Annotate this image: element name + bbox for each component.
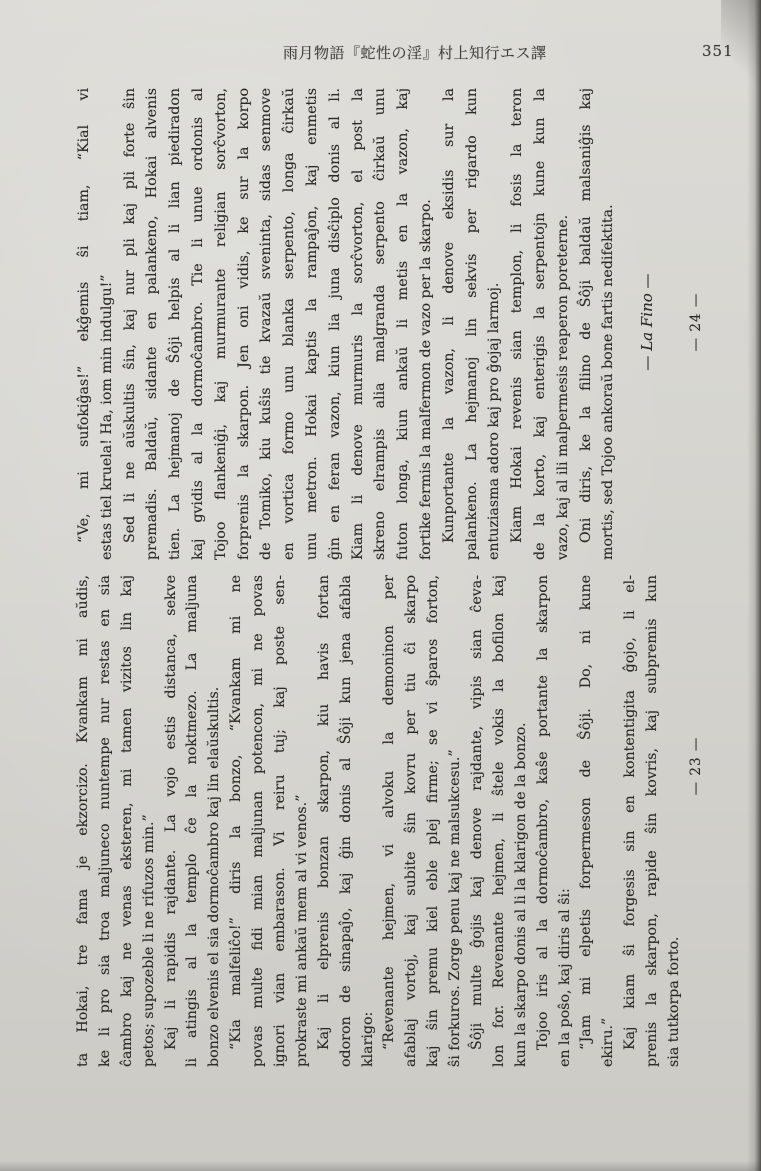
text-line: palankeno. La hejmanoj lin sekvis per ri… (461, 88, 484, 560)
text-line: “Revenante hejmen, vi alvoku la demonino… (379, 575, 401, 1067)
text-line: Tojoo flankeniĝi, kaj murmurante religia… (210, 88, 233, 560)
text-line: unu metron. Hokai kaptis la rampaĵon, ka… (301, 88, 324, 560)
text-line: estas tiel kruela! Ha, iom min indulgu!” (96, 88, 119, 560)
text-line: Sed li ne aŭskultis ŝin, kaj nur pli kaj… (119, 88, 142, 560)
text-line: tien. La hejmanoj de Ŝôji helpis al li l… (164, 88, 187, 560)
text-line: odoron de sinapaĵo, kaj ĝin donis al Ŝôj… (336, 575, 358, 1067)
text-line: ekiru.” (598, 575, 620, 1067)
text-line: “Kia malfeliĉo!” diris la bonzo, “Kvanka… (226, 575, 248, 1067)
scanned-book-page: { "header": { "jp_title": "雨月物語『蛇性の淫』村上知… (0, 0, 761, 1171)
text-line: prenis la skarpon, rapide ŝin kovris, ka… (642, 575, 664, 1067)
text-line: skreno elrampis alia malgranda serpento … (369, 88, 392, 560)
text-line: ŝi forkuros. Zorge penu kaj ne malsukces… (445, 575, 467, 1067)
text-line: en la poŝo, kaj diris al ŝi: (555, 575, 577, 1067)
text-line: de Tomiko, kiu kuŝis tie kvazaŭ sveninta… (255, 88, 278, 560)
text-line: kaj ŝin premu kiel eble plej firme; se v… (423, 575, 445, 1067)
page-23-folio: — 23 — (688, 520, 704, 1012)
text-line: kun la skarpo donis al li la klarigon de… (511, 575, 533, 1067)
page-24-folio: — 24 — (688, 84, 704, 560)
page-23-text: ta Hokai, tre fama je ekzorcizo. Kvankam… (73, 575, 686, 1067)
rotated-text-area: ta Hokai, tre fama je ekzorcizo. Kvankam… (0, 0, 761, 1171)
text-line: Kunportante la vazon, li denove eksidis … (438, 88, 461, 560)
text-line: ĝin en feran vazon, kiun lia juna disĉip… (324, 88, 347, 560)
text-line: Kiam li denove murmuris la sorĉvorton, e… (347, 88, 370, 560)
text-line: Kaj li elprenis bonzan skarpon, kiu havi… (314, 575, 336, 1067)
text-line: Kaj li rapidis rajdante. La vojo estis d… (161, 575, 183, 1067)
text-line: Kiam Hokai revenis sian templon, li fosi… (506, 88, 529, 560)
text-line: mortis, sed Tojoo ankoraŭ bone fartis ne… (597, 88, 620, 560)
text-line: kaj gvidis al la dormoĉambro. Tie li unu… (187, 88, 210, 560)
text-line: fortike fermis la malfermon de vazo per … (415, 88, 438, 560)
text-line: Tojoo iris al la dormoĉambro, kaŝe porta… (533, 575, 555, 1067)
text-line: “Jam mi elpetis forpermeson de Ŝôji. Do,… (576, 575, 598, 1067)
text-line: povas multe fidi mian maljunan potencon,… (248, 575, 270, 1067)
text-line: prokraste mi ankaŭ mem al vi venos.” (292, 575, 314, 1067)
text-line: Ŝôji multe ĝojis kaj denove rajdante, vi… (467, 575, 489, 1067)
text-line: vazo, kaj al ili malpermesis reaperon po… (552, 88, 575, 560)
text-line: petos; supozeble li ne rifuzos min.” (139, 575, 161, 1067)
text-line: bonzo elvenis el sia dormoĉambro kaj lin… (204, 575, 226, 1067)
text-line: futon longa, kiun ankaŭ li metis en la v… (392, 88, 415, 560)
text-line: Kaj kiam ŝi forgesis sin en kontentigita… (620, 575, 642, 1067)
text-line: ke li pro sia troa maljuneco nuntempe nu… (95, 575, 117, 1067)
text-line: sia tutkorpa forto. (664, 575, 686, 1067)
text-line: ignori vian embarason. Vi reiru tuj; kaj… (270, 575, 292, 1067)
text-line: klarigo: (358, 575, 380, 1067)
text-line: “Ve, mi sufokiĝas!” ekĝemis ŝi tiam, “Ki… (73, 88, 96, 560)
la-fino-label: — La Fino — (638, 84, 656, 560)
text-line: Oni diris, ke la filino de Ŝôji baldaŭ m… (575, 88, 598, 560)
page-24-text: “Ve, mi sufokiĝas!” ekĝemis ŝi tiam, “Ki… (73, 88, 620, 560)
text-line: entuziasma adoro kaj pro ĝojaj larmoj. (483, 88, 506, 560)
text-line: lon for. Revenante hejmen, li ŝtele voki… (489, 575, 511, 1067)
text-line: en vortica formo unu blanka serpento, lo… (278, 88, 301, 560)
text-line: de la korto, kaj enterigis la serpentojn… (529, 88, 552, 560)
text-line: li atingis al la templo ĉe la noktmezo. … (182, 575, 204, 1067)
text-line: ta Hokai, tre fama je ekzorcizo. Kvankam… (73, 575, 95, 1067)
text-line: ĉambro kaj ne venas eksteren, mi tamen v… (117, 575, 139, 1067)
text-line: afablaj vortoj, kaj subite ŝin kovru per… (401, 575, 423, 1067)
text-line: premadis. Baldaŭ, sidante en palankeno, … (141, 88, 164, 560)
text-line: forprenis la skarpon. Jen oni vidis, ke … (233, 88, 256, 560)
